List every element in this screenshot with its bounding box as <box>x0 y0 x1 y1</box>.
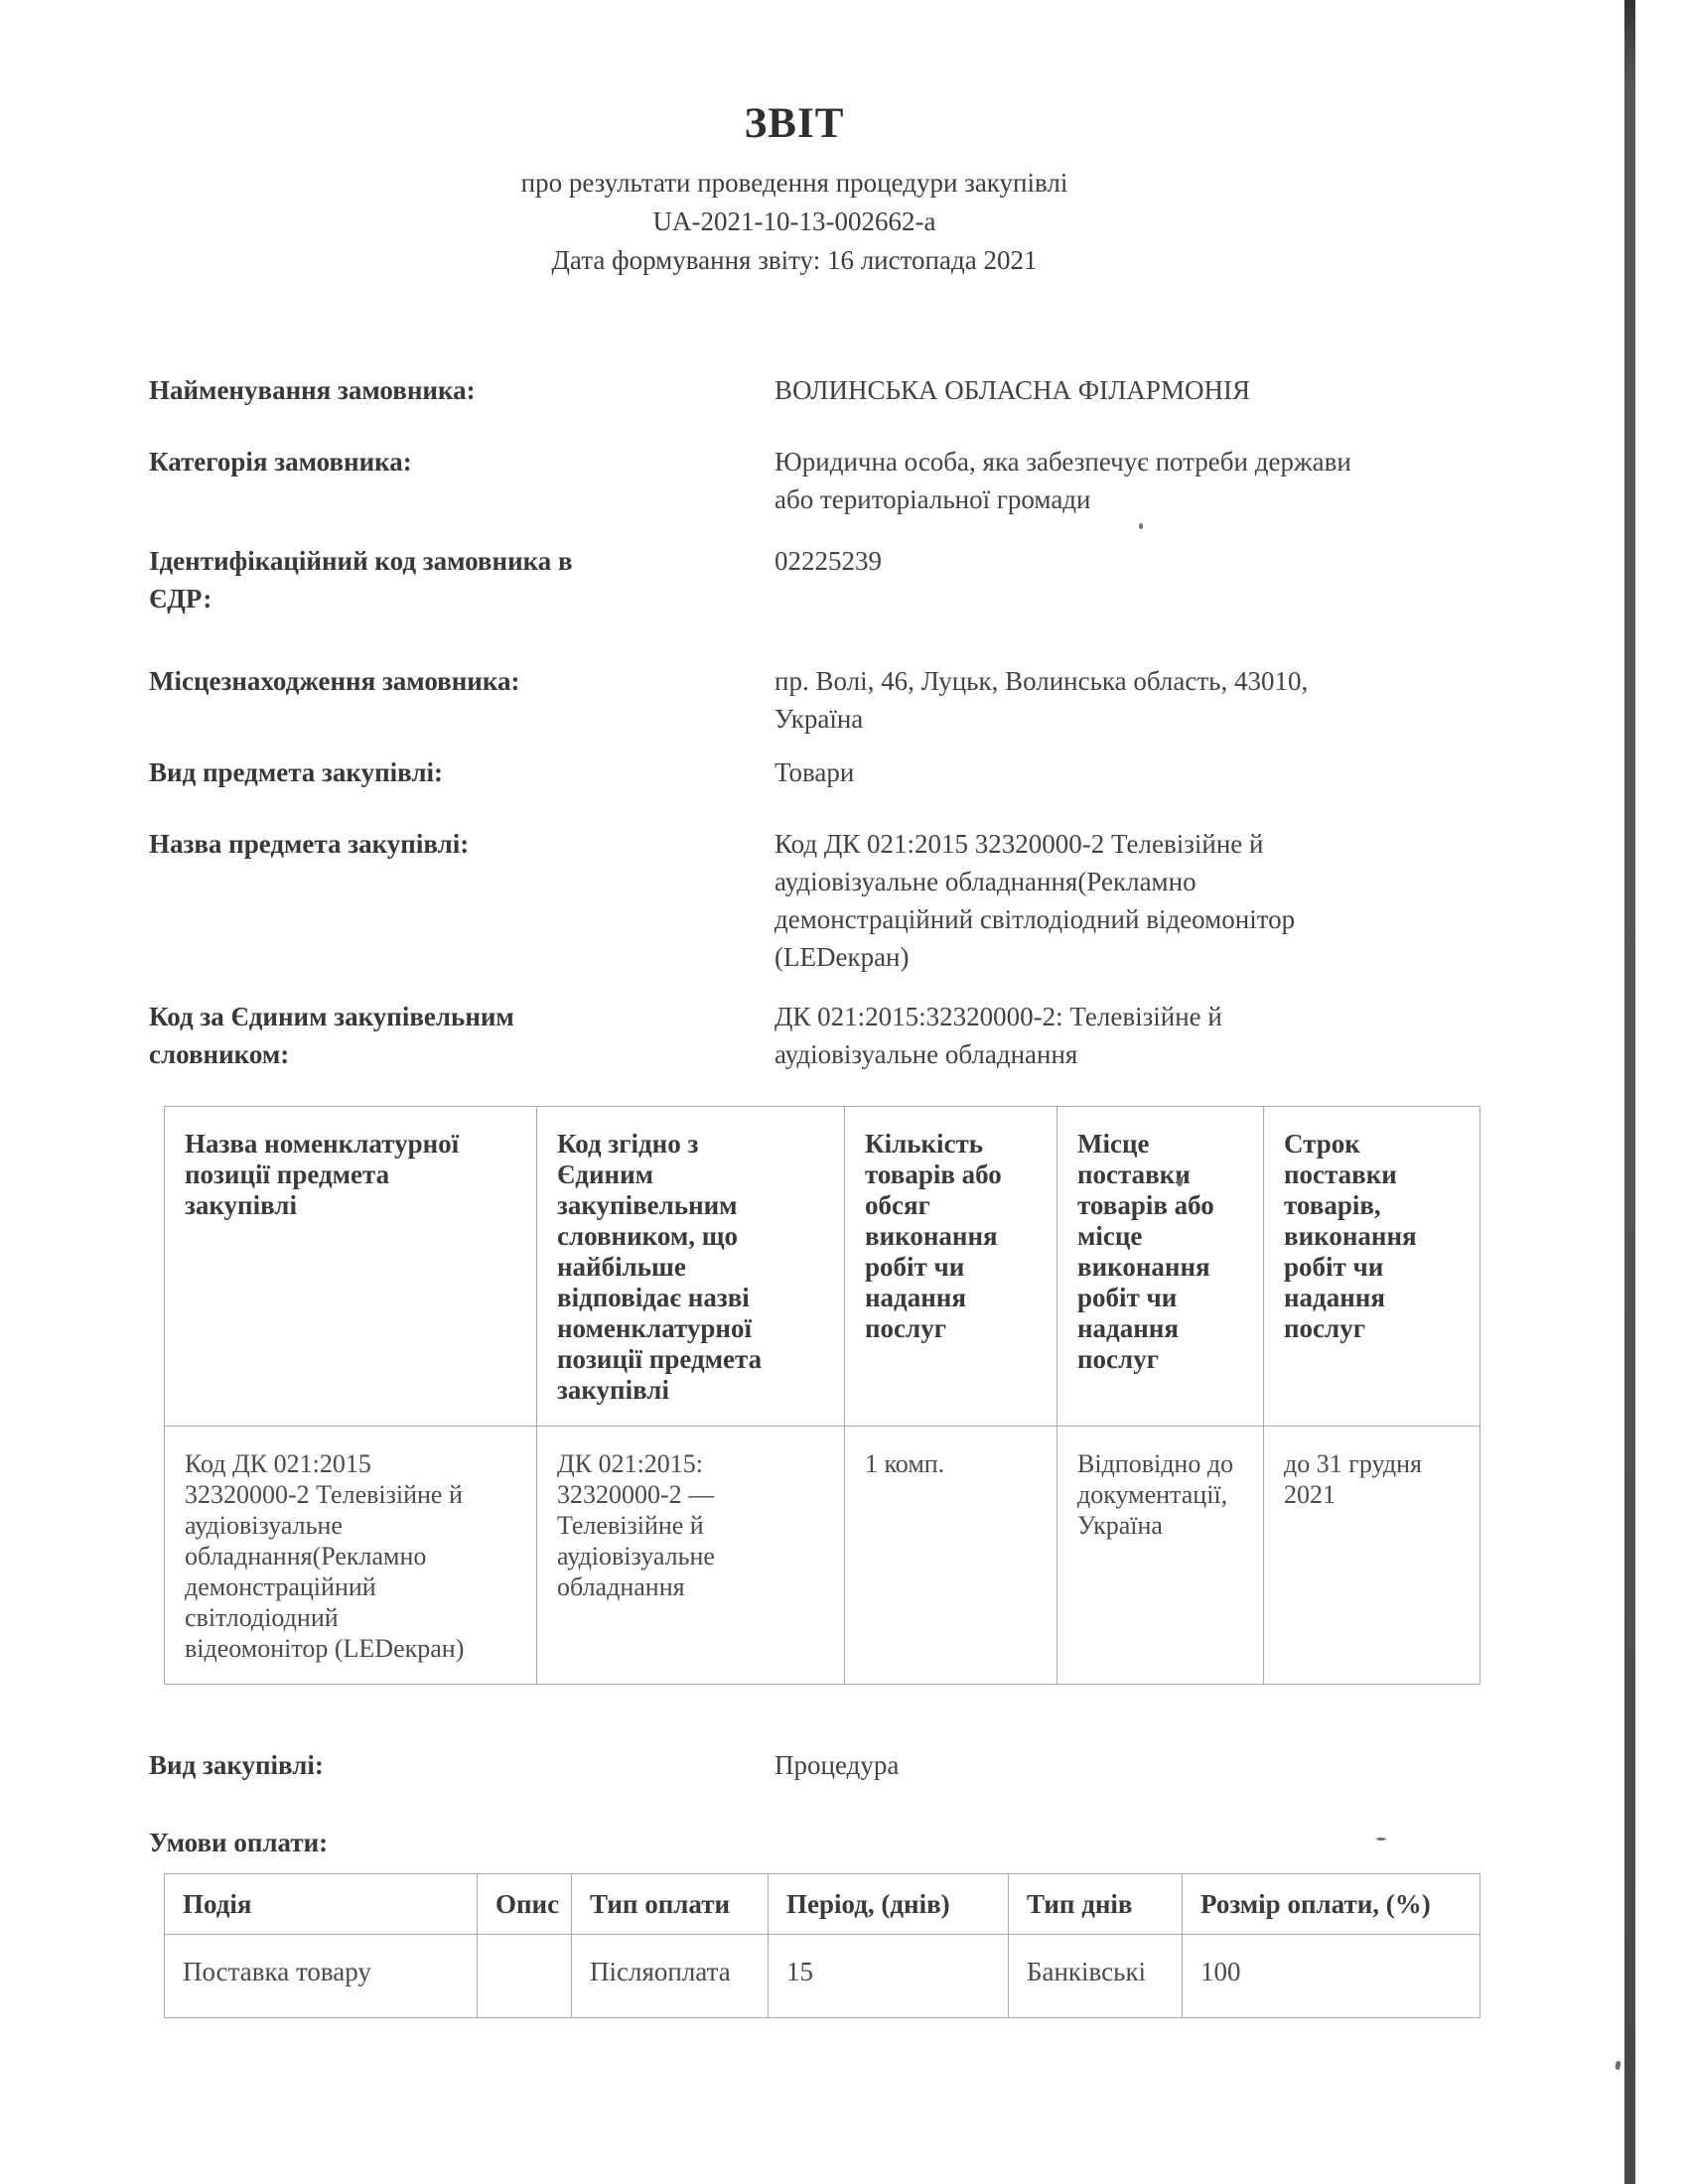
field-label: Назва предмета закупівлі: <box>149 825 774 976</box>
field-value: Юридична особа, яка забезпечує потреби д… <box>774 443 1460 518</box>
field-label: Ідентифікаційний код замовника в ЄДР: <box>149 542 774 617</box>
page-subtitle: про результати проведення процедури заку… <box>149 164 1440 203</box>
document-header: ЗВІТ про результати проведення процедури… <box>149 0 1440 280</box>
field-subject-name: Назва предмета закупівлі: Код ДК 021:201… <box>149 825 1460 976</box>
field-value: 02225239 <box>774 542 1460 617</box>
item-quantity: 1 комп. <box>845 1427 1057 1685</box>
procurement-id: UA-2021-10-13-002662-a <box>149 203 1440 241</box>
procurement-type-section: Вид закупівлі: Процедура <box>149 1746 1460 1784</box>
field-value: пр. Волі, 46, Луцьк, Волинська область, … <box>774 662 1460 738</box>
field-customer-id-code: Ідентифікаційний код замовника в ЄДР: 02… <box>149 542 1460 617</box>
payment-size: 100 <box>1183 1935 1480 2018</box>
field-label: Вид закупівлі: <box>149 1746 774 1784</box>
page-title: ЗВІТ <box>149 101 1440 147</box>
field-value: ВОЛИНСЬКА ОБЛАСНА ФІЛАРМОНІЯ <box>774 371 1460 409</box>
payment-type: Післяоплата <box>572 1935 769 2018</box>
scan-edge-artifact <box>1624 0 1635 2184</box>
item-delivery-place: Відповідно до документації, Україна <box>1057 1427 1264 1685</box>
payment-header-payment-size: Розмір оплати, (%) <box>1183 1874 1480 1935</box>
document-page: ЗВІТ про результати проведення процедури… <box>0 0 1688 2184</box>
field-procurement-type: Вид закупівлі: Процедура <box>149 1746 1460 1784</box>
item-delivery-term: до 31 грудня 2021 <box>1264 1427 1480 1685</box>
field-label: Код за Єдиним закупівельним словником: <box>149 998 774 1073</box>
scan-speck <box>1139 523 1143 529</box>
field-customer-category: Категорія замовника: Юридична особа, яка… <box>149 443 1460 518</box>
payment-terms-table: Подія Опис Тип оплати Період, (днів) Тип… <box>164 1873 1480 2018</box>
field-customer-location: Місцезнаходження замовника: пр. Волі, 46… <box>149 662 1460 738</box>
items-header-delivery-place: Місце поставки товарів або місце виконан… <box>1057 1107 1264 1427</box>
payment-header-event: Подія <box>165 1874 478 1935</box>
scan-speck <box>1615 2061 1620 2071</box>
payment-days-type: Банківські <box>1009 1935 1183 2018</box>
payment-header-payment-type: Тип оплати <box>572 1874 769 1935</box>
field-cpv-code: Код за Єдиним закупівельним словником: Д… <box>149 998 1460 1073</box>
items-header-delivery-term: Строк поставки товарів, виконання робіт … <box>1264 1107 1480 1427</box>
items-table-row: Код ДК 021:2015 32320000-2 Телевізійне й… <box>165 1427 1480 1685</box>
field-value: Код ДК 021:2015 32320000-2 Телевізійне й… <box>774 825 1460 976</box>
items-header-dictionary-code: Код згідно з Єдиним закупівельним словни… <box>537 1107 845 1427</box>
scan-speck <box>1376 1838 1386 1841</box>
items-table-header-row: Назва номенклатурної позиції предмета за… <box>165 1107 1480 1427</box>
payment-description <box>478 1935 572 2018</box>
field-label: Місцезнаходження замовника: <box>149 662 774 738</box>
field-label: Найменування замовника: <box>149 371 774 409</box>
field-label: Категорія замовника: <box>149 443 774 518</box>
field-value: Процедура <box>774 1746 1460 1784</box>
payment-table-header-row: Подія Опис Тип оплати Період, (днів) Тип… <box>165 1874 1480 1935</box>
field-label: Вид предмета закупівлі: <box>149 753 774 791</box>
report-date: Дата формування звіту: 16 листопада 2021 <box>149 241 1440 280</box>
payment-event: Поставка товару <box>165 1935 478 2018</box>
payment-header-description: Опис <box>478 1874 572 1935</box>
field-value: ДК 021:2015:32320000-2: Телевізійне й ау… <box>774 998 1460 1073</box>
items-table: Назва номенклатурної позиції предмета за… <box>164 1106 1480 1685</box>
items-header-nomenclature-name: Назва номенклатурної позиції предмета за… <box>165 1107 537 1427</box>
payment-header-period-days: Період, (днів) <box>769 1874 1009 1935</box>
payment-table-row: Поставка товару Післяоплата 15 Банківськ… <box>165 1935 1480 2018</box>
field-value: Товари <box>774 753 1460 791</box>
field-subject-type: Вид предмета закупівлі: Товари <box>149 753 1460 791</box>
summary-fields: Найменування замовника: ВОЛИНСЬКА ОБЛАСН… <box>149 371 1460 1073</box>
payment-terms-title: Умови оплати: <box>149 1826 1688 1859</box>
item-dictionary-code: ДК 021:2015: 32320000-2 — Телевізійне й … <box>537 1427 845 1685</box>
payment-period-days: 15 <box>769 1935 1009 2018</box>
items-header-quantity: Кількість товарів або обсяг виконання ро… <box>845 1107 1057 1427</box>
item-nomenclature-name: Код ДК 021:2015 32320000-2 Телевізійне й… <box>165 1427 537 1685</box>
field-customer-name: Найменування замовника: ВОЛИНСЬКА ОБЛАСН… <box>149 371 1460 409</box>
payment-header-days-type: Тип днів <box>1009 1874 1183 1935</box>
